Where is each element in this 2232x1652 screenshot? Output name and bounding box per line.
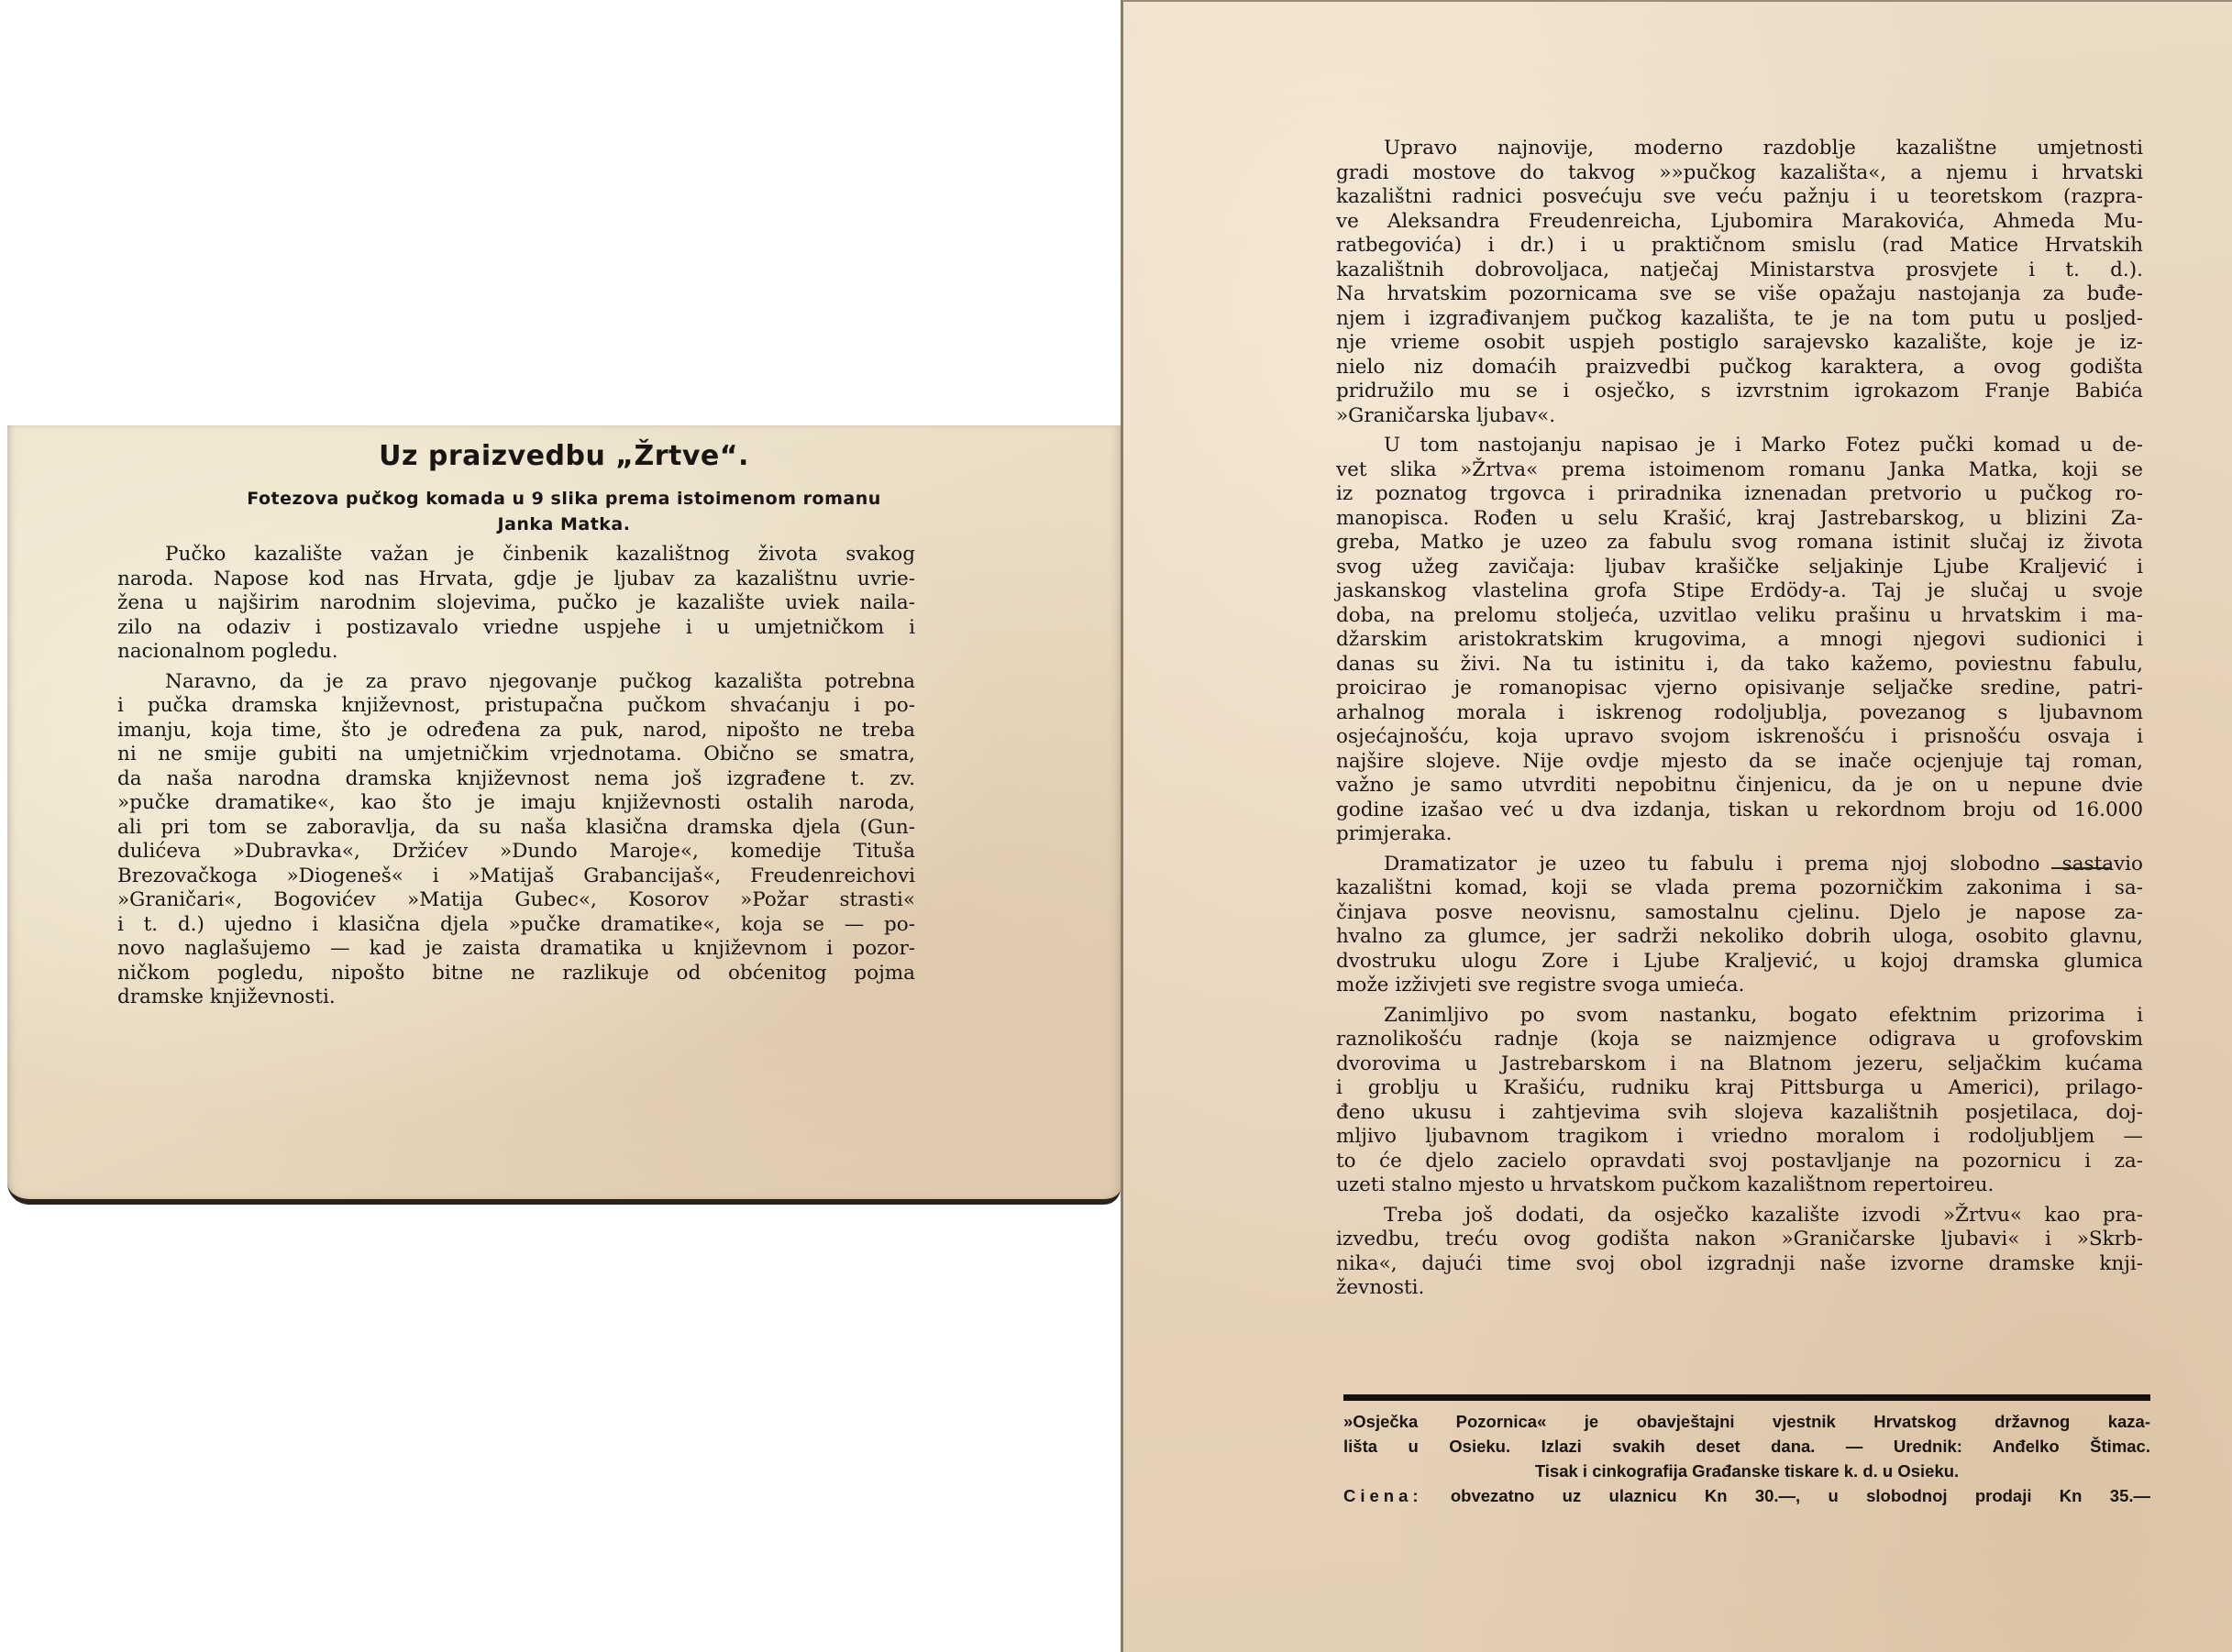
text-line: da naša narodna dramska književnost nema… <box>117 767 915 792</box>
text-line: i t. d.) ujedno i klasična djela »pučke … <box>117 913 915 938</box>
paragraph: Naravno, da je za pravo njegovanje pučko… <box>117 670 915 1010</box>
left-page-scan: Uz praizvedbu „Žrtve“. Fotezova pučkog k… <box>7 425 1121 1205</box>
left-article-body: Pučko kazalište važan je činbenik kazali… <box>117 543 915 1010</box>
price-label: Ciena: <box>1343 1486 1423 1505</box>
text-line: Brezovačkoga »Diogeneš« i »Matijaš Graba… <box>117 865 915 889</box>
text-line: zilo na odaziv i postizavalo vriedne usp… <box>117 616 915 641</box>
text-line: danas su živi. Na tu istinitu i, da tako… <box>1336 653 2143 677</box>
article-subtitle: Fotezova pučkog komada u 9 slika prema i… <box>7 486 1121 537</box>
text-line: ve Aleksandra Freudenreicha, Ljubomira M… <box>1336 210 2143 235</box>
text-line: Naravno, da je za pravo njegovanje pučko… <box>117 670 915 695</box>
colophon: »Osječka Pozornica« je obavještajni vjes… <box>1343 1409 2150 1508</box>
text-line: primjeraka. <box>1336 822 2143 847</box>
text-line: Pučko kazalište važan je činbenik kazali… <box>117 543 915 567</box>
colophon-line: »Osječka Pozornica« je obavještajni vjes… <box>1343 1409 2150 1434</box>
text-line: ničkom pogledu, nipošto bitne ne razliku… <box>117 962 915 986</box>
text-line: važno je samo utvrditi nepobitnu činjeni… <box>1336 774 2143 798</box>
right-page-scan: Upravo najnovije, moderno razdoblje kaza… <box>1121 0 2232 1652</box>
text-line: kazalištni radnici posvećuju sve veću pa… <box>1336 185 2143 210</box>
text-line: svog užeg zavičaja: ljubav krašičke selj… <box>1336 556 2143 580</box>
text-line: dulićeva »Dubravka«, Držićev »Dundo Maro… <box>117 840 915 865</box>
text-line: nje vrieme osobit uspjeh postiglo saraje… <box>1336 331 2143 356</box>
text-line: Dramatizator je uzeo tu fabulu i prema n… <box>1336 853 2143 877</box>
text-line: novo naglašujemo — kad je zaista dramati… <box>117 937 915 962</box>
text-line: to će djelo zacielo opravdati svoj posta… <box>1336 1150 2143 1174</box>
text-line: kazalištni komad, koji se vlada prema po… <box>1336 876 2143 901</box>
paragraph: Dramatizator je uzeo tu fabulu i prema n… <box>1336 853 2143 998</box>
text-line: godine izašao već u dva izdanja, tiskan … <box>1336 798 2143 823</box>
text-line: dvostruku ulogu Zore i Ljube Kraljević, … <box>1336 950 2143 975</box>
paragraph: Pučko kazalište važan je činbenik kazali… <box>117 543 915 665</box>
text-line: ževnosti. <box>1336 1276 2143 1301</box>
text-line: činjava posve neovisnu, samostalnu cjeli… <box>1336 901 2143 926</box>
price-text: obvezatno uz ulaznicu Kn 30.—, u slobodn… <box>1451 1486 2150 1505</box>
text-line: džarskim aristokratskim krugovima, a mno… <box>1336 628 2143 653</box>
text-line: »Graničarska ljubav«. <box>1336 404 2143 429</box>
text-line: njem i izgrađivanjem pučkog kazališta, t… <box>1336 307 2143 332</box>
paragraph: Treba još dodati, da osječko kazalište i… <box>1336 1204 2143 1301</box>
subtitle-line: Janka Matka. <box>7 512 1121 537</box>
text-line: vet slika »Žrtva« prema istoimenom roman… <box>1336 458 2143 483</box>
text-line: arhalnog morala i iskrenog rodoljublja, … <box>1336 701 2143 726</box>
text-line: naroda. Napose kod nas Hrvata, gdje je l… <box>117 567 915 592</box>
price-line: Ciena: obvezatno uz ulaznicu Kn 30.—, u … <box>1343 1483 2150 1508</box>
text-line: može izživjeti sve registre svoga umieća… <box>1336 974 2143 998</box>
subtitle-line: Fotezova pučkog komada u 9 slika prema i… <box>7 486 1121 512</box>
text-line: kazalištnih dobrovoljaca, natječaj Minis… <box>1336 259 2143 283</box>
colophon-line: Tisak i cinkografija Građanske tiskare k… <box>1343 1459 2150 1483</box>
text-line: proicirao je romanopisac vjerno opisivan… <box>1336 677 2143 701</box>
text-line: mljivo ljubavnom tragikom i vriedno mora… <box>1336 1125 2143 1150</box>
text-line: hvalno za glumce, jer sadrži nekoliko do… <box>1336 925 2143 950</box>
text-line: nielo niz domaćih praizvedbi pučkog kara… <box>1336 356 2143 380</box>
text-line: uzeti stalno mjesto u hrvatskom pučkom k… <box>1336 1173 2143 1198</box>
text-line: »pučke dramatike«, kao što je imaju knji… <box>117 791 915 816</box>
text-line: ratbegovića) i dr.) i u praktičnom smisl… <box>1336 234 2143 259</box>
text-line: dvorovima u Jastrebarskom i na Blatnom j… <box>1336 1052 2143 1077</box>
text-line: izvedbu, treću ovog godišta nakon »Grani… <box>1336 1228 2143 1252</box>
text-line: nika«, dajući time svoj obol izgradnji n… <box>1336 1252 2143 1277</box>
text-line: i groblju u Krašiću, rudniku kraj Pittsb… <box>1336 1076 2143 1101</box>
text-line: »Graničari«, Bogovićev »Matija Gubec«, K… <box>117 888 915 913</box>
text-line: manopisca. Rođen u selu Krašić, kraj Jas… <box>1336 507 2143 532</box>
text-line: U tom nastojanju napisao je i Marko Fote… <box>1336 434 2143 458</box>
text-line: dramske književnosti. <box>117 986 915 1010</box>
text-line: nacionalnom pogledu. <box>117 640 915 665</box>
text-line: ni ne smije gubiti na umjetničkim vrjedn… <box>117 743 915 767</box>
text-line: doba, na prelomu stoljeća, uzvitlao veli… <box>1336 604 2143 629</box>
text-line: iz poznatog trgovca i priradnika iznenad… <box>1336 482 2143 507</box>
text-line: osjećajnošću, koja upravo svojom iskreno… <box>1336 725 2143 750</box>
text-line: Treba još dodati, da osječko kazalište i… <box>1336 1204 2143 1228</box>
short-divider <box>2051 867 2112 869</box>
text-line: imanju, koja time, što je određena za pu… <box>117 719 915 743</box>
text-line: najšire slojeve. Nije ovdje mjesto da se… <box>1336 750 2143 775</box>
text-line: đeno ukusu i zahtjevima svih slojeva kaz… <box>1336 1101 2143 1126</box>
right-article-body: Upravo najnovije, moderno razdoblje kaza… <box>1336 137 2143 1301</box>
article-title: Uz praizvedbu „Žrtve“. <box>7 440 1121 472</box>
colophon-divider <box>1343 1394 2150 1401</box>
text-line: i pučka dramska književnost, pristupačna… <box>117 694 915 719</box>
paragraph: Zanimljivo po svom nastanku, bogato efek… <box>1336 1004 2143 1198</box>
text-line: Upravo najnovije, moderno razdoblje kaza… <box>1336 137 2143 161</box>
text-line: Na hrvatskim pozornicama sve se više opa… <box>1336 282 2143 307</box>
paragraph: U tom nastojanju napisao je i Marko Fote… <box>1336 434 2143 847</box>
text-line: gradi mostove do takvog »»pučkog kazališ… <box>1336 161 2143 186</box>
paragraph: Upravo najnovije, moderno razdoblje kaza… <box>1336 137 2143 428</box>
text-line: greba, Matko je uzeo za fabulu svog roma… <box>1336 531 2143 556</box>
text-line: pridružilo mu se i osječko, s izvrstnim … <box>1336 380 2143 404</box>
colophon-line: lišta u Osieku. Izlazi svakih deset dana… <box>1343 1434 2150 1459</box>
text-line: žena u najširim narodnim slojevima, pučk… <box>117 591 915 616</box>
text-line: raznolikošću radnje (koja se naizmjence … <box>1336 1028 2143 1052</box>
text-line: ali pri tom se zaboravlja, da su naša kl… <box>117 816 915 841</box>
text-line: jaskanskog vlastelina grofa Stipe Erdödy… <box>1336 579 2143 604</box>
text-line: Zanimljivo po svom nastanku, bogato efek… <box>1336 1004 2143 1029</box>
